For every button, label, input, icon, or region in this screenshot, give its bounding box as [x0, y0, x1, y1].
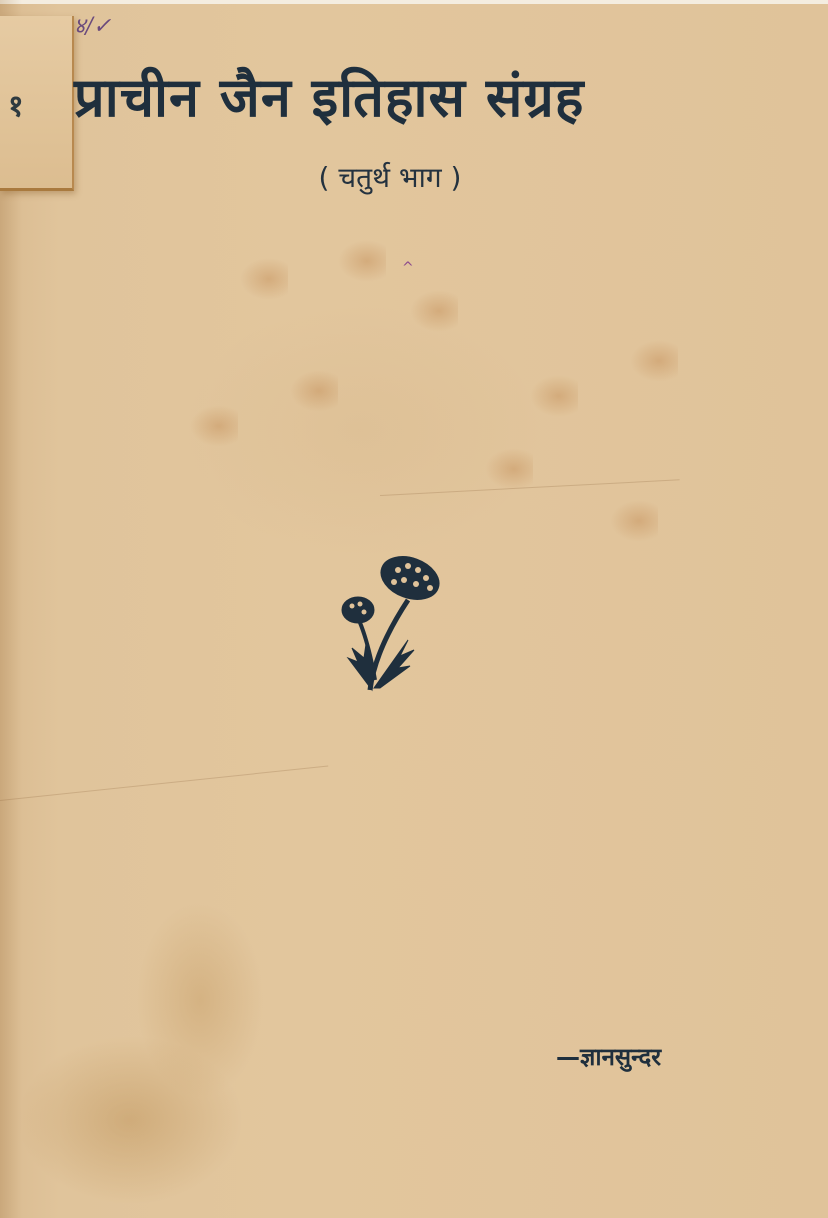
faded-stamp	[485, 448, 533, 490]
faded-stamp	[530, 375, 578, 417]
faded-stamp	[240, 258, 288, 300]
book-subtitle: ( चतुर्थ भाग )	[0, 158, 780, 196]
faded-stamp	[290, 370, 338, 412]
faded-stamp	[338, 240, 386, 282]
pen-mark: ^	[402, 260, 414, 276]
author-name: —ज्ञानसुन्दर	[556, 1040, 661, 1073]
faded-stamp	[630, 340, 678, 382]
book-cover: ^ १ ४/✓ प्राचीन जैन इतिहास संग्रह ( चतुर…	[0, 0, 828, 1218]
library-label-number: १	[8, 84, 24, 125]
handwritten-note: ४/✓	[74, 10, 111, 40]
book-title: प्राचीन जैन इतिहास संग्रह	[74, 58, 724, 132]
faded-stamp	[410, 290, 458, 332]
paper-crease	[0, 766, 328, 801]
top-edge	[0, 0, 828, 4]
faded-stamp	[610, 500, 658, 542]
flower-icon	[330, 540, 460, 700]
faded-stamp	[190, 405, 238, 447]
